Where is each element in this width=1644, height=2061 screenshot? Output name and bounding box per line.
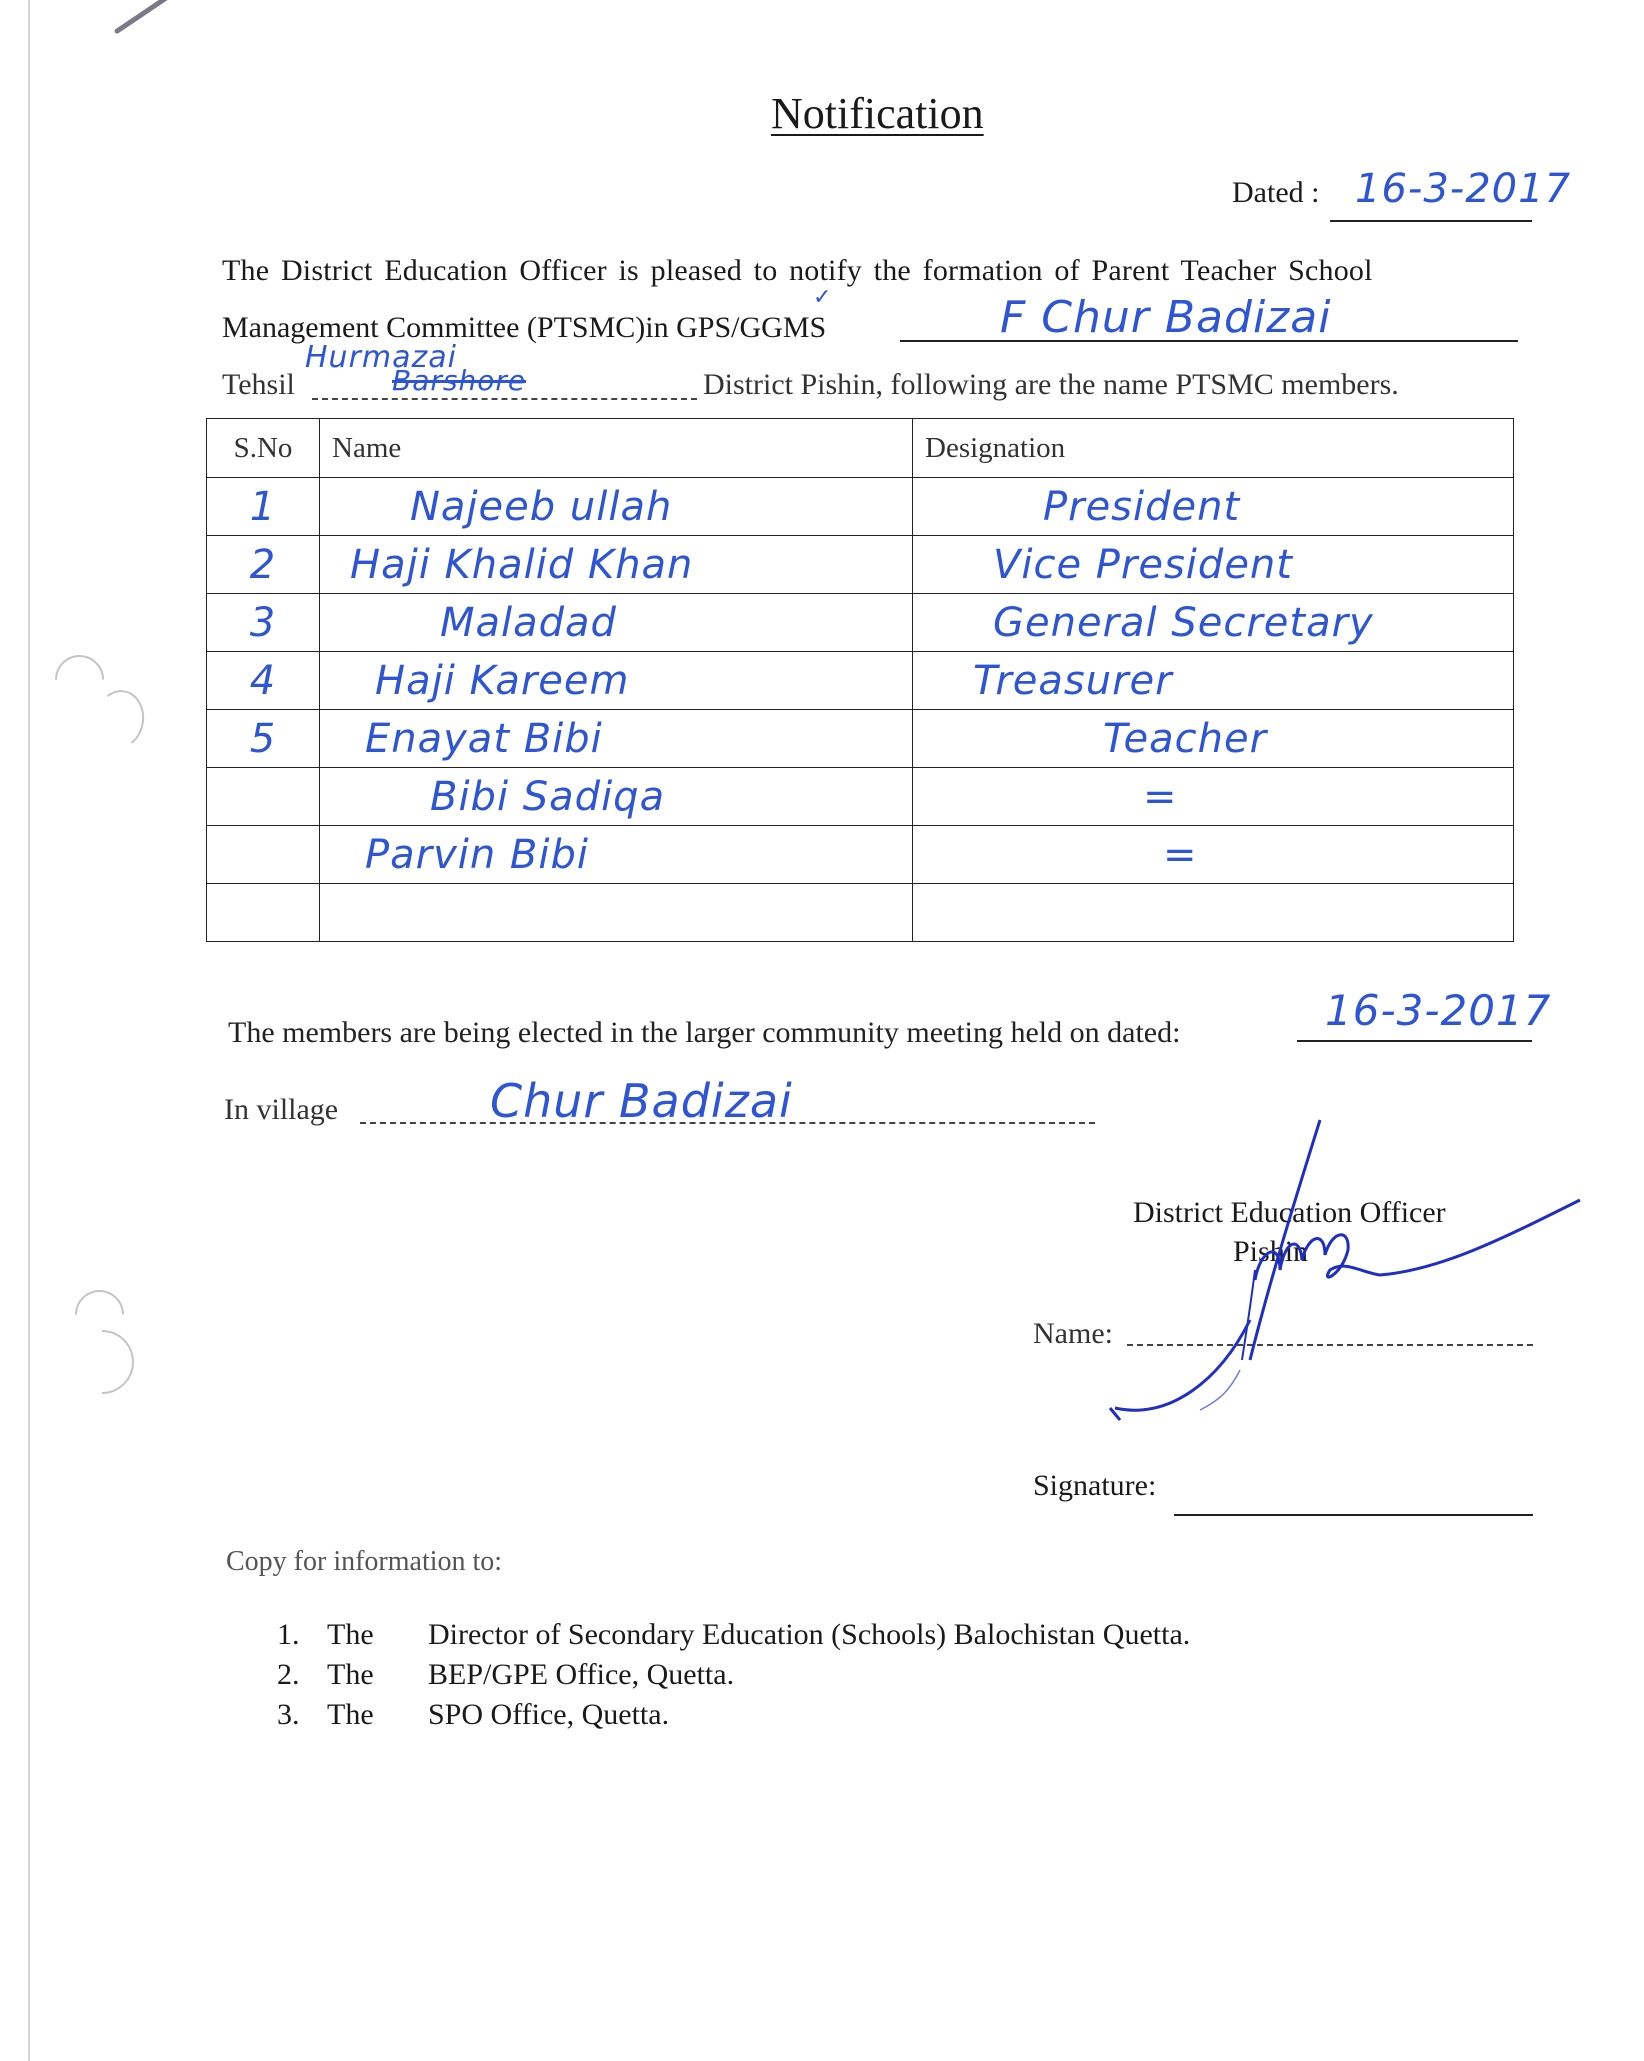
punch-hole-mark — [57, 1317, 148, 1408]
cell-designation-value: Teacher — [913, 716, 1267, 762]
cell-name-value: Parvin Bibi — [320, 832, 589, 878]
table-row: 2Haji Khalid KhanVice President — [207, 536, 1514, 594]
cell-sno[interactable] — [207, 768, 320, 826]
cell-designation-value: = — [913, 832, 1198, 878]
cell-name[interactable]: Parvin Bibi — [320, 826, 913, 884]
dated-value[interactable]: 16-3-2017 — [1355, 166, 1571, 212]
village-field[interactable]: Chur Badizai — [490, 1074, 793, 1128]
cell-sno[interactable]: 5 — [207, 710, 320, 768]
cell-sno[interactable] — [207, 884, 320, 942]
cell-sno[interactable]: 2 — [207, 536, 320, 594]
meeting-date-underline — [1297, 1040, 1532, 1042]
tehsil-struck-out: Barshore — [392, 364, 526, 397]
staple-mark — [114, 0, 193, 35]
column-header-name: Name — [320, 419, 913, 478]
copy-heading: Copy for information to: — [226, 1546, 502, 1578]
document-title: Notification — [771, 88, 984, 139]
cell-designation[interactable]: Treasurer — [913, 652, 1514, 710]
table-row: Bibi Sadiqa= — [207, 768, 1514, 826]
table-header-row: S.No Name Designation — [207, 419, 1514, 478]
meeting-date-value[interactable]: 16-3-2017 — [1325, 986, 1551, 1035]
table-row: 5Enayat BibiTeacher — [207, 710, 1514, 768]
ptsmc-members-table: S.No Name Designation 1Najeeb ullahPresi… — [206, 418, 1514, 942]
cell-sno[interactable]: 3 — [207, 594, 320, 652]
table-row: 4Haji KareemTreasurer — [207, 652, 1514, 710]
cell-sno-value: 4 — [250, 658, 276, 704]
copy-item-the: The — [327, 1658, 374, 1692]
cell-designation-value: = — [913, 774, 1178, 820]
cell-name-value: Haji Khalid Khan — [320, 542, 693, 588]
cell-designation[interactable] — [913, 884, 1514, 942]
cell-name-value: Enayat Bibi — [320, 716, 603, 762]
table-row: 3MaladadGeneral Secretary — [207, 594, 1514, 652]
cell-name[interactable]: Haji Khalid Khan — [320, 536, 913, 594]
cell-name[interactable]: Enayat Bibi — [320, 710, 913, 768]
tehsil-underline — [312, 398, 697, 400]
dated-label: Dated : — [1232, 176, 1319, 210]
scan-paper-edge — [28, 0, 30, 2061]
checkmark-icon: ✓ — [813, 285, 832, 310]
cell-designation[interactable]: General Secretary — [913, 594, 1514, 652]
column-header-designation: Designation — [913, 419, 1514, 478]
copy-item-recipient: BEP/GPE Office, Quetta. — [428, 1658, 734, 1692]
cell-designation-value: General Secretary — [913, 600, 1374, 646]
signatory-title: District Education Officer — [1133, 1196, 1446, 1230]
name-label: Name: — [1033, 1317, 1113, 1351]
cell-name[interactable] — [320, 884, 913, 942]
dated-underline — [1330, 220, 1532, 222]
cell-designation[interactable]: = — [913, 826, 1514, 884]
cell-designation[interactable]: Teacher — [913, 710, 1514, 768]
punch-hole-mark — [90, 686, 149, 753]
intro-line-3: District Pishin, following are the name … — [703, 368, 1399, 402]
cell-designation[interactable]: = — [913, 768, 1514, 826]
cell-designation[interactable]: President — [913, 478, 1514, 536]
meeting-date-label: The members are being elected in the lar… — [228, 1016, 1180, 1050]
cell-name-value: Bibi Sadiqa — [320, 774, 665, 820]
copy-item-number: 2. — [277, 1658, 300, 1692]
copy-item-recipient: Director of Secondary Education (Schools… — [428, 1618, 1190, 1652]
signature-underline[interactable] — [1174, 1514, 1533, 1516]
copy-item-the: The — [327, 1618, 374, 1652]
signatory-district: Pishin — [1233, 1235, 1308, 1269]
table-row: Parvin Bibi= — [207, 826, 1514, 884]
cell-designation[interactable]: Vice President — [913, 536, 1514, 594]
cell-designation-value: Vice President — [913, 542, 1293, 588]
cell-designation-value: Treasurer — [913, 658, 1173, 704]
table-row: 1Najeeb ullahPresident — [207, 478, 1514, 536]
cell-sno-value: 5 — [250, 716, 276, 762]
signature-label: Signature: — [1033, 1469, 1156, 1503]
tehsil-label: Tehsil — [222, 368, 295, 402]
cell-sno-value: 2 — [250, 542, 276, 588]
cell-sno-value: 1 — [250, 484, 276, 530]
cell-sno[interactable] — [207, 826, 320, 884]
cell-name-value: Najeeb ullah — [320, 484, 672, 530]
copy-item-the: The — [327, 1698, 374, 1732]
cell-name[interactable]: Najeeb ullah — [320, 478, 913, 536]
copy-item-number: 3. — [277, 1698, 300, 1732]
cell-designation-value: President — [913, 484, 1240, 530]
copy-item-recipient: SPO Office, Quetta. — [428, 1698, 669, 1732]
intro-line-1: The District Education Officer is please… — [222, 254, 1373, 288]
cell-sno[interactable]: 1 — [207, 478, 320, 536]
cell-name-value: Haji Kareem — [320, 658, 629, 704]
name-underline[interactable] — [1127, 1344, 1533, 1346]
village-label: In village — [224, 1093, 338, 1127]
table-row — [207, 884, 1514, 942]
officer-signature — [1080, 1110, 1600, 1440]
cell-name[interactable]: Bibi Sadiqa — [320, 768, 913, 826]
school-name-field[interactable]: F Chur Badizai — [1000, 292, 1331, 343]
cell-sno[interactable]: 4 — [207, 652, 320, 710]
cell-name-value: Maladad — [320, 600, 617, 646]
copy-item-number: 1. — [277, 1618, 300, 1652]
cell-sno-value: 3 — [250, 600, 276, 646]
column-header-sno: S.No — [207, 419, 320, 478]
cell-name[interactable]: Maladad — [320, 594, 913, 652]
cell-name[interactable]: Haji Kareem — [320, 652, 913, 710]
